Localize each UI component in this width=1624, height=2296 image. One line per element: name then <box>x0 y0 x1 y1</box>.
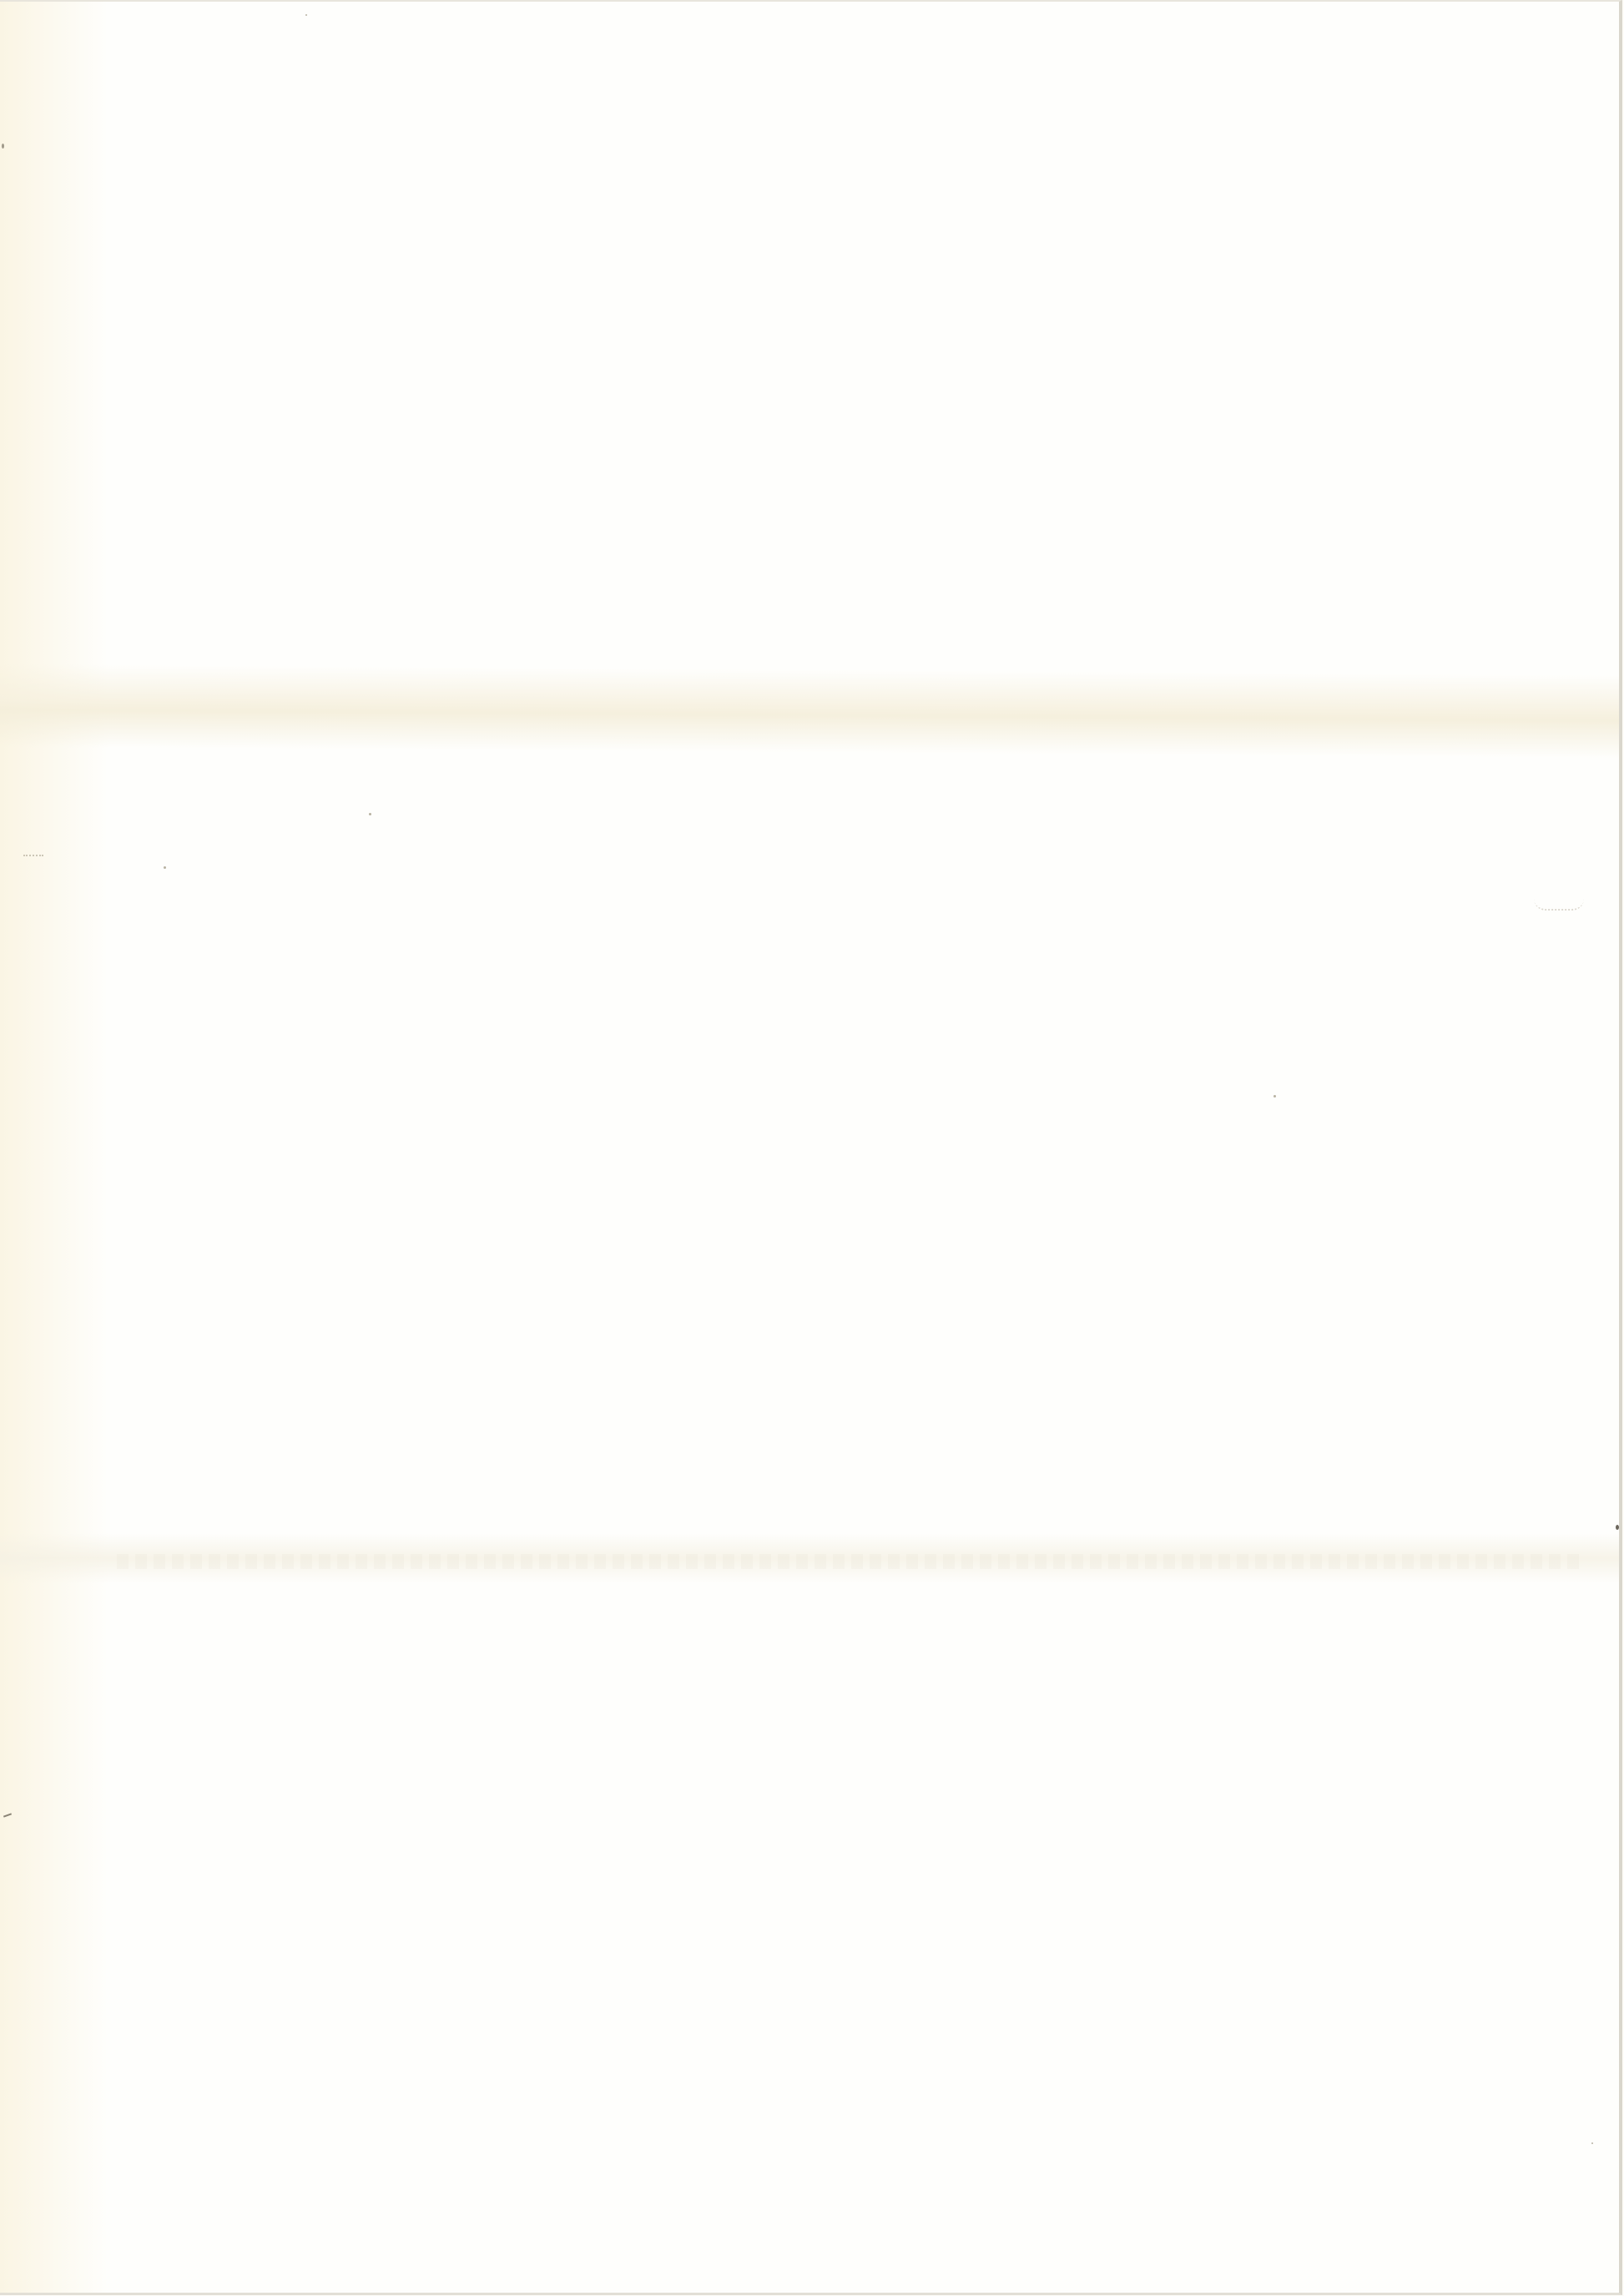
paper-speck <box>164 866 166 869</box>
paper-blemish-left <box>23 850 43 856</box>
paper-speck <box>369 813 371 815</box>
fold-crease-upper <box>0 664 1619 759</box>
paper-edge-tint <box>0 2 108 2293</box>
paper-speck <box>2 144 4 149</box>
bleed-through-marks <box>117 1554 1586 1569</box>
blank-scanned-page <box>0 0 1622 2295</box>
paper-speck <box>1616 1525 1619 1530</box>
paper-speck <box>1273 1095 1276 1098</box>
paper-blemish-right <box>1534 899 1584 911</box>
paper-speck <box>1591 2142 1593 2144</box>
paper-speck <box>305 14 307 16</box>
